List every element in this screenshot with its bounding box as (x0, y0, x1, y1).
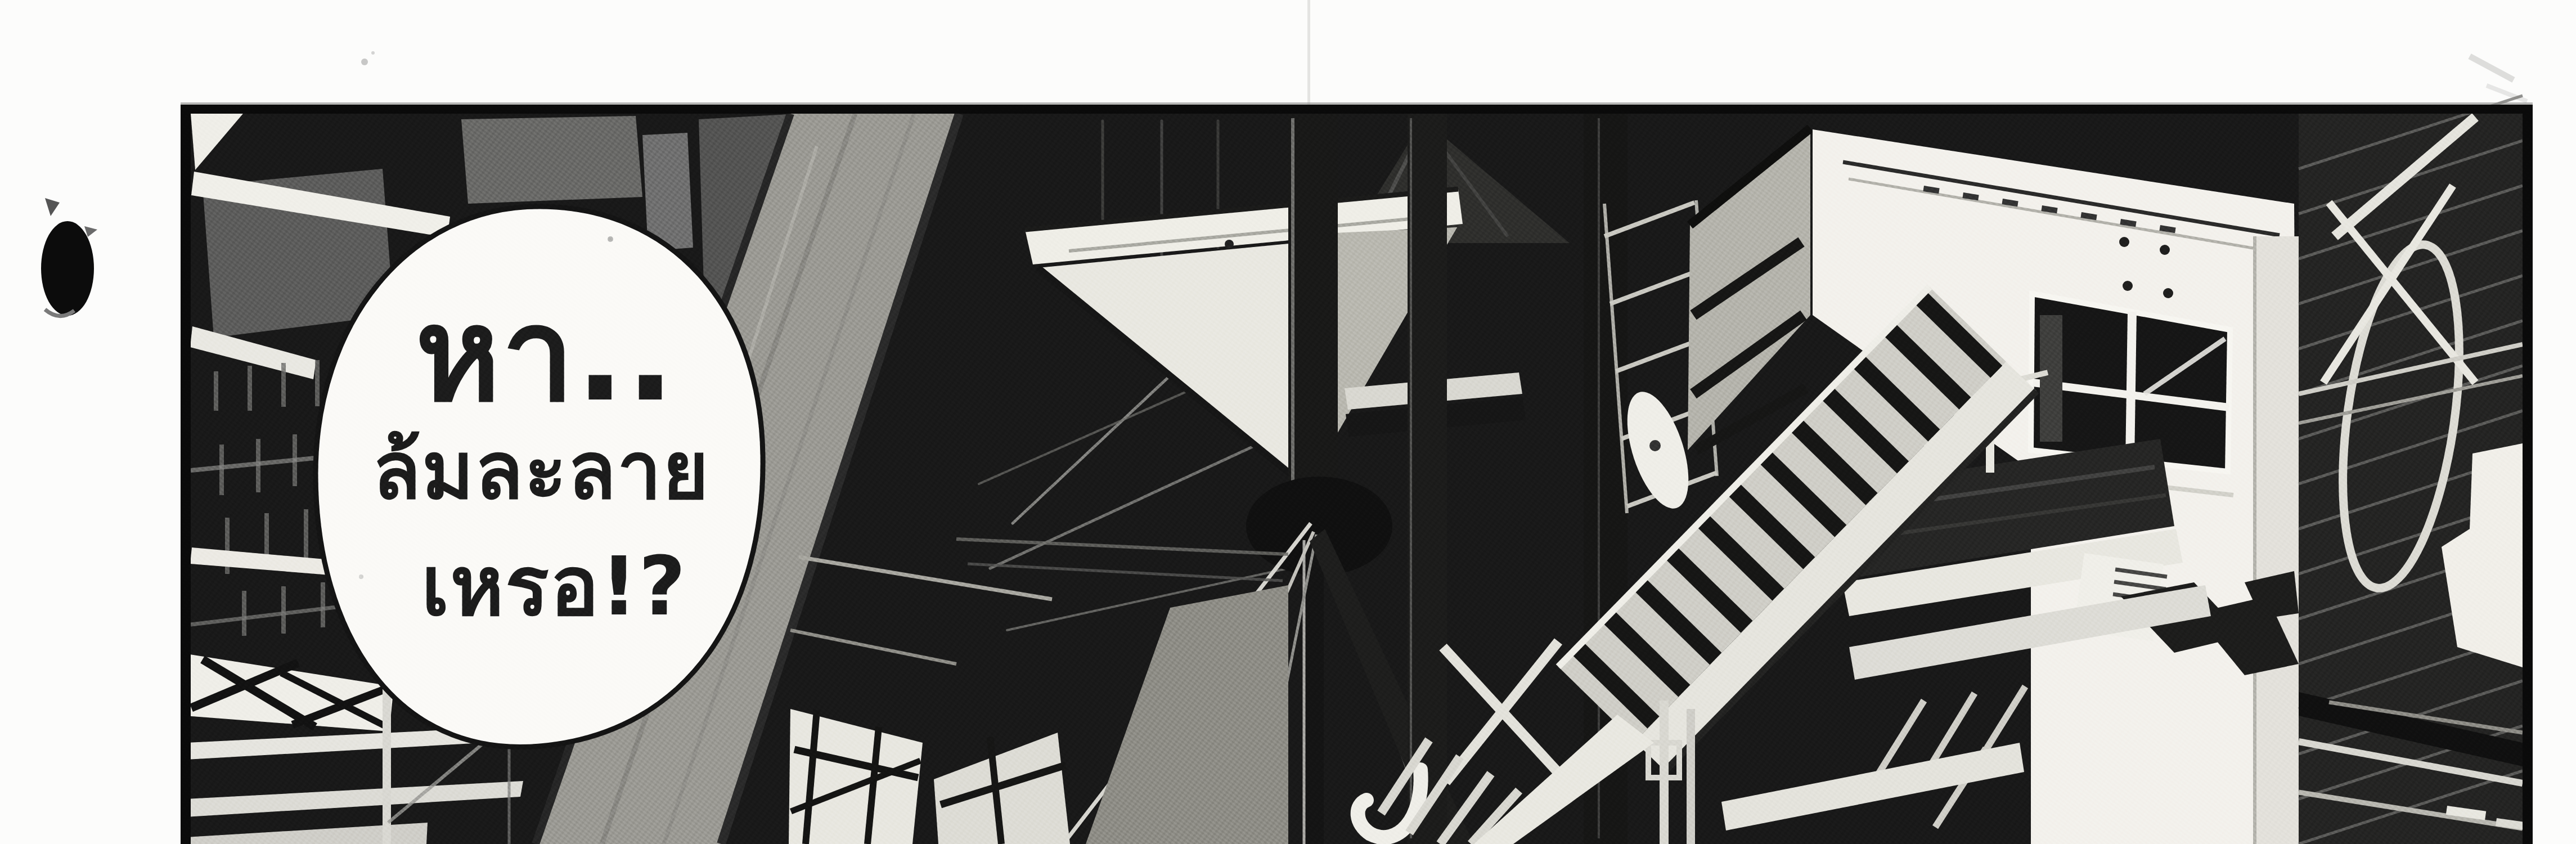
margin-smudge (2470, 56, 2514, 80)
window-mullion-v (2130, 312, 2132, 463)
white-post (1660, 701, 1669, 844)
right-wall (2299, 96, 2530, 844)
manga-page-scan: หา.. ล้มละลาย เหรอ!? (0, 0, 2576, 844)
speech-bubble-text: หา.. ล้มละลาย เหรอ!? (372, 280, 710, 634)
cabin-right-strip (2253, 236, 2299, 844)
border-top (181, 105, 2533, 114)
ink-blob (41, 221, 94, 316)
wall-panel (461, 116, 642, 204)
dust-speck (371, 51, 375, 55)
bubble-line-3: เหรอ!? (421, 539, 687, 634)
speech-bubble: หา.. ล้มละลาย เหรอ!? (316, 206, 763, 747)
dust-speck (361, 59, 368, 65)
bubble-line-2: ล้มละลาย (372, 425, 710, 517)
center-pipe (1288, 114, 1338, 496)
leaf-dot (1649, 440, 1661, 451)
ink-speck (45, 198, 60, 216)
rim-bolt (1225, 240, 1234, 249)
border-left (181, 105, 191, 844)
pipe-lower (1305, 540, 1324, 844)
window-shade (2040, 315, 2062, 442)
pole (1408, 114, 1447, 844)
manga-panel: หา.. ล้มละลาย เหรอ!? (181, 96, 2533, 844)
white-post (1687, 709, 1695, 844)
bubble-line-1: หา.. (415, 280, 676, 430)
paper-crease-line (1307, 0, 1310, 106)
bubble-speck (608, 236, 613, 242)
margin-smudge (2487, 86, 2527, 101)
border-right (2523, 105, 2533, 844)
bubble-speck (359, 574, 363, 579)
